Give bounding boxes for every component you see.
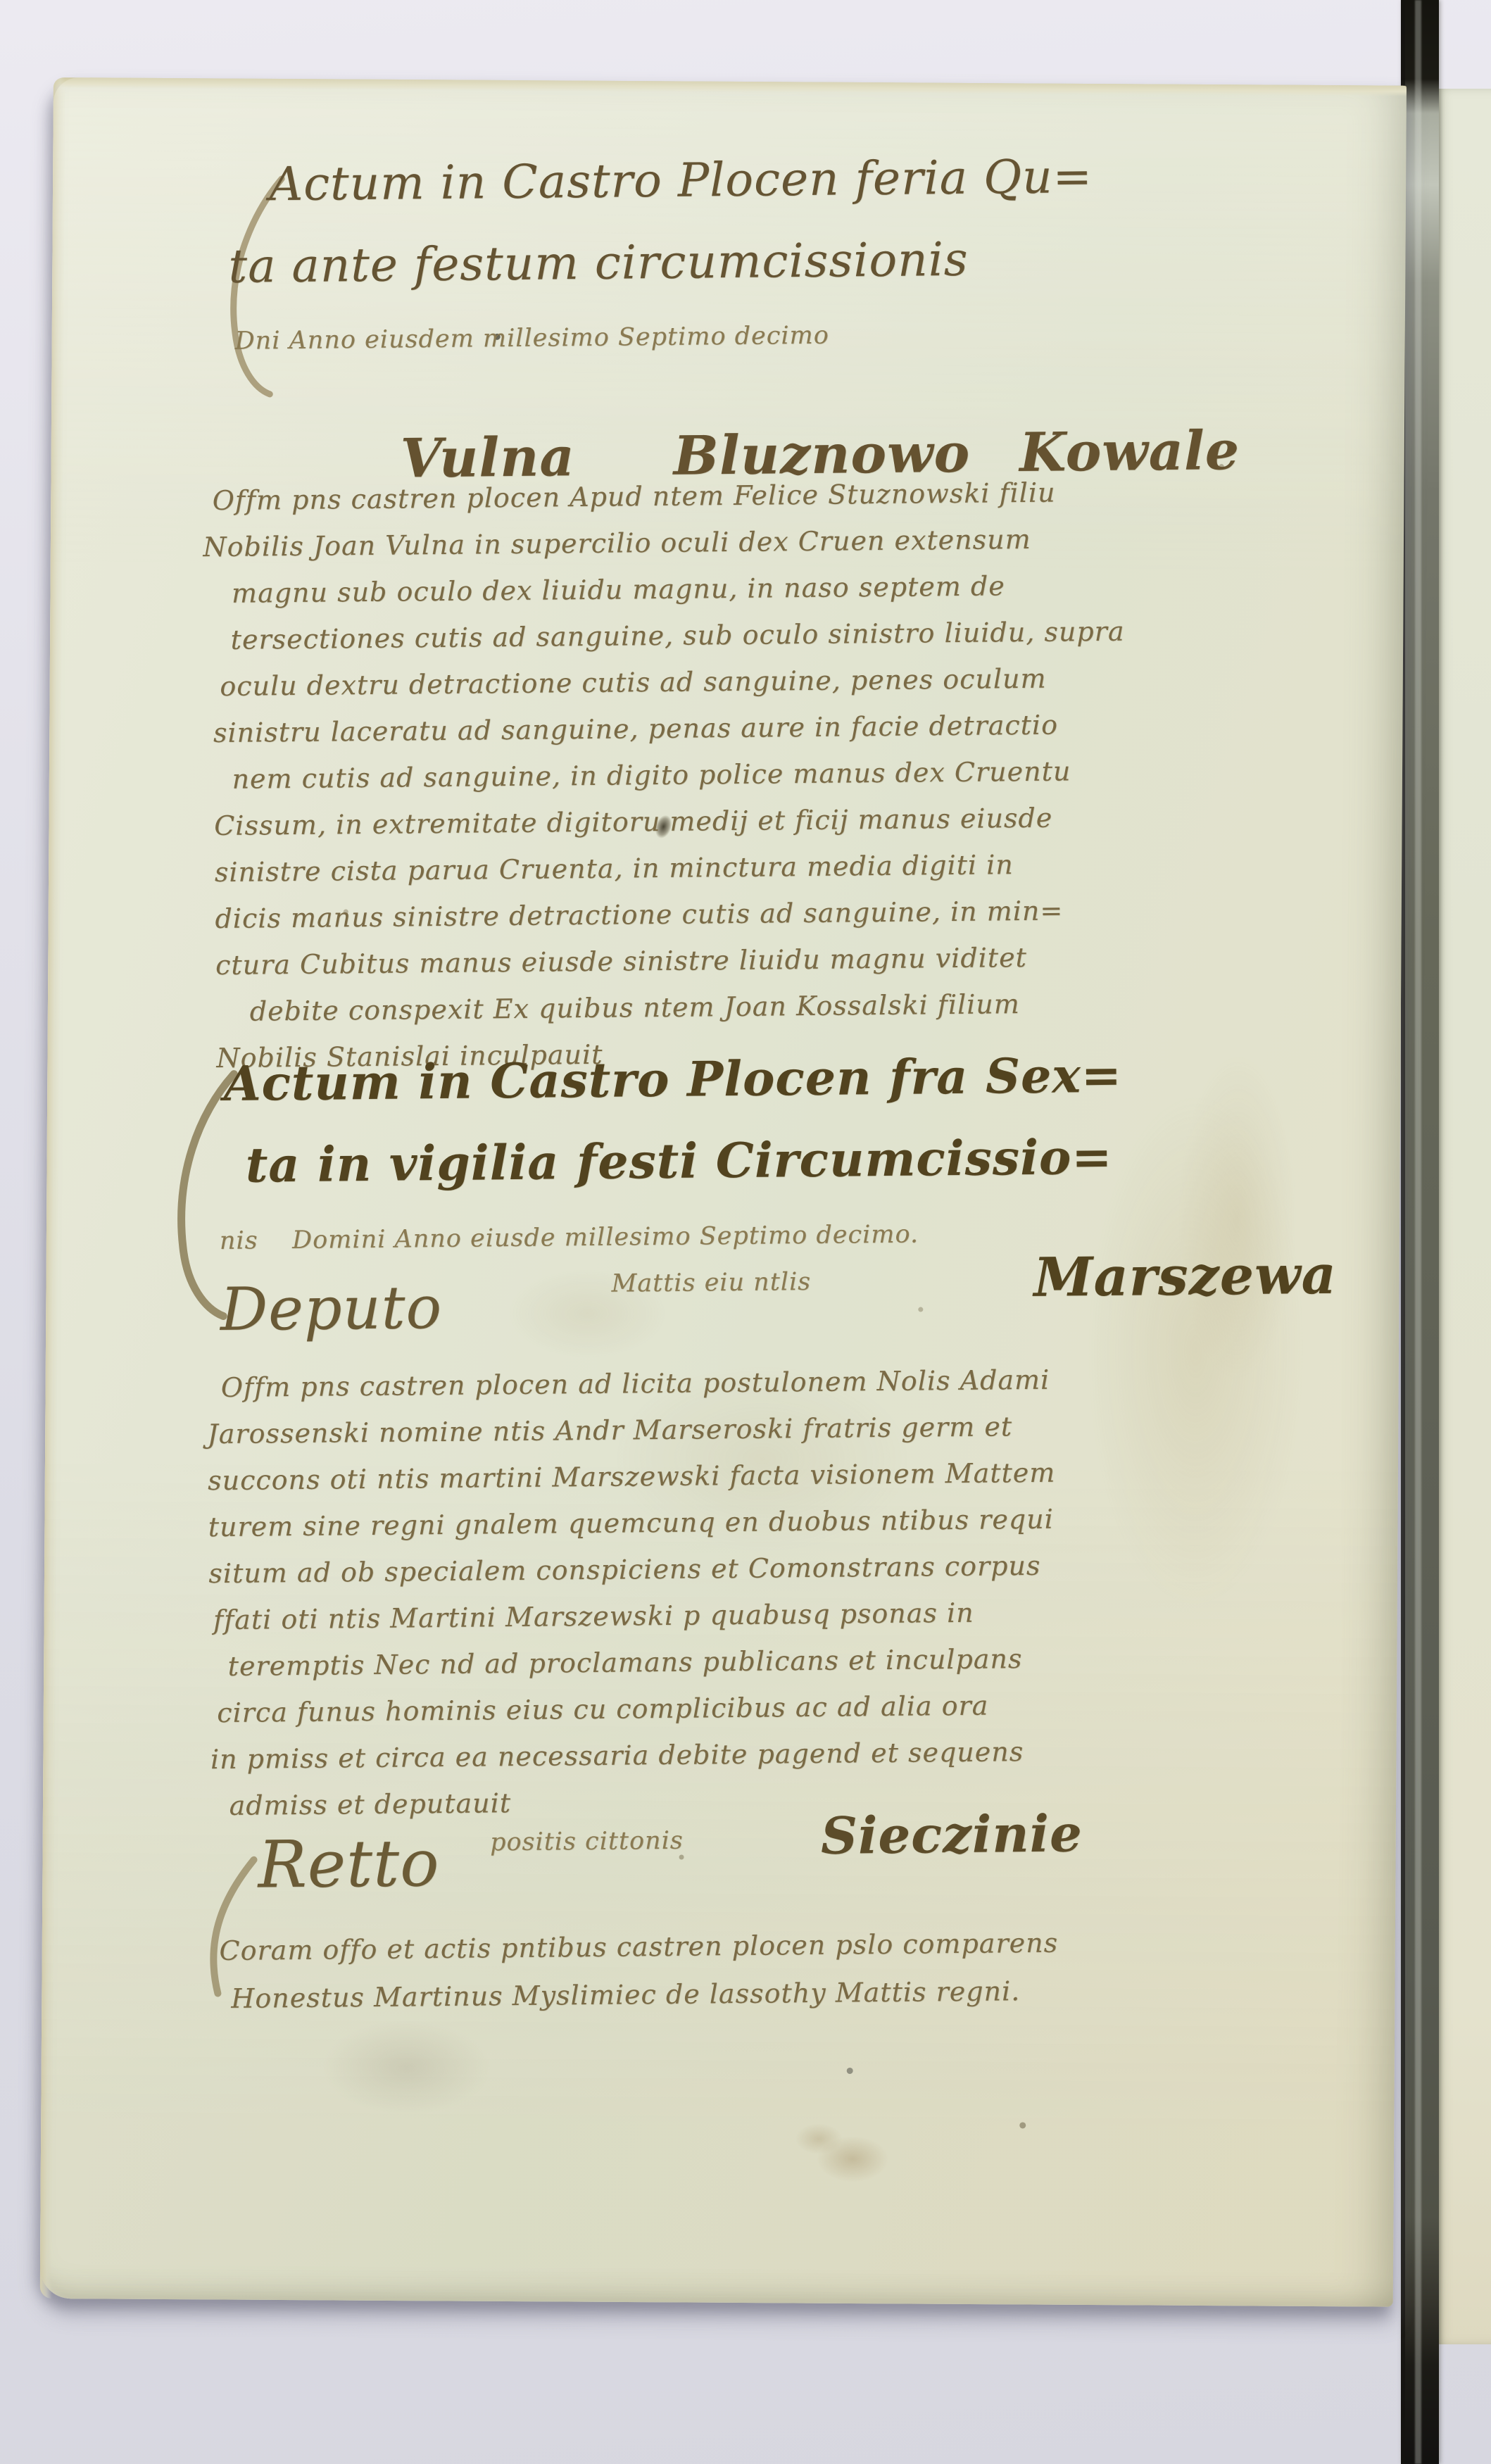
- manuscript-line: Nobilis Joan Vulna in supercilio oculi d…: [203, 526, 1031, 560]
- subheading-word-bluznowo: Bluznowo: [673, 422, 970, 487]
- heading-deputo: Deputo: [220, 1278, 442, 1339]
- manuscript-line: magnu sub oculo dex liuidu magnu, in nas…: [232, 572, 1005, 607]
- manuscript-line: Coram offo et actis pntibus castren ploc…: [219, 1930, 1058, 1964]
- heading-marszewa: Marszewa: [1033, 1248, 1337, 1305]
- heading-actum-1-line1: Actum in Castro Plocen feria Qu=: [269, 153, 1093, 208]
- dateline-1: Dni Anno eiusdem millesimo Septimo decim…: [234, 324, 829, 354]
- manuscript-line: tersectiones cutis ad sanguine, sub ocul…: [230, 618, 1124, 653]
- manuscript-line: sinistru laceratu ad sanguine, penas aur…: [213, 712, 1058, 747]
- heading-actum-1-line2: ta ante festum circumcissionis: [228, 237, 969, 290]
- manuscript-line: turem sine regni gnalem quemcunq en duob…: [208, 1506, 1054, 1541]
- manuscript-page: Actum in Castro Plocen feria Qu= ta ante…: [40, 77, 1407, 2307]
- manuscript-line: Offm pns castren plocen ad licita postul…: [221, 1366, 1050, 1401]
- manuscript-line: in pmiss et circa ea necessaria debite p…: [210, 1738, 1024, 1773]
- manuscript-line: teremptis Nec nd ad proclamans publicans…: [227, 1645, 1022, 1680]
- manuscript-line: succons oti ntis martini Marszewski fact…: [208, 1459, 1056, 1495]
- dateline-2: nis Domini Anno eiusde millesimo Septimo…: [220, 1222, 919, 1254]
- manuscript-line: Honestus Martinus Myslimiec de lassothy …: [231, 1978, 1020, 2012]
- subheading-vulna: VulnaBluznowoKowale: [245, 370, 1240, 541]
- manuscript-line: situm ad ob specialem conspiciens et Com…: [208, 1552, 1040, 1587]
- manuscript-line: nem cutis ad sanguine, in digito police …: [232, 758, 1071, 792]
- manuscript-line: dicis manus sinistre detractione cutis a…: [215, 897, 1063, 932]
- archive-photo: Actum in Castro Plocen feria Qu= ta ante…: [0, 0, 1491, 2464]
- manuscript-line: ctura Cubitus manus eiusde sinistre liui…: [215, 944, 1027, 979]
- manuscript-line: Cissum, in extremitate digitoru medij et…: [214, 805, 1052, 839]
- manuscript-line: oculu dextru detractione cutis ad sangui…: [220, 665, 1047, 700]
- heading-actum-2-line1: Actum in Castro Plocen fra Sex=: [223, 1052, 1122, 1108]
- manuscript-line: admiss et deputauit: [229, 1790, 511, 1819]
- text-block: Actum in Castro Plocen feria Qu= ta ante…: [51, 68, 1425, 2301]
- manuscript-line: ffati oti ntis Martini Marszewski p quab…: [213, 1599, 974, 1633]
- subheading-word-vulna: Vulna: [400, 425, 575, 489]
- manuscript-line: Offm pns castren plocen Apud ntem Felice…: [213, 479, 1056, 514]
- heading-sieczinie: Sieczinie: [821, 1808, 1083, 1861]
- heading-deputo-small: Mattis eiu ntlis: [611, 1270, 811, 1297]
- heading-retto: Retto: [258, 1831, 440, 1897]
- heading-actum-2-line2: ta in vigilia festi Circumcissio=: [246, 1133, 1113, 1190]
- manuscript-line: sinistre cista parua Cruenta, in minctur…: [215, 851, 1014, 886]
- manuscript-line: circa funus hominis eius cu complicibus …: [217, 1692, 988, 1727]
- manuscript-line: Jarossenski nomine ntis Andr Marseroski …: [207, 1413, 1012, 1447]
- manuscript-line: debite conspexit Ex quibus ntem Joan Kos…: [250, 991, 1020, 1025]
- subheading-word-kowale: Kowale: [1019, 419, 1240, 484]
- facing-page-edge: [1433, 89, 1491, 2344]
- heading-retto-small: positis cittonis: [490, 1829, 684, 1856]
